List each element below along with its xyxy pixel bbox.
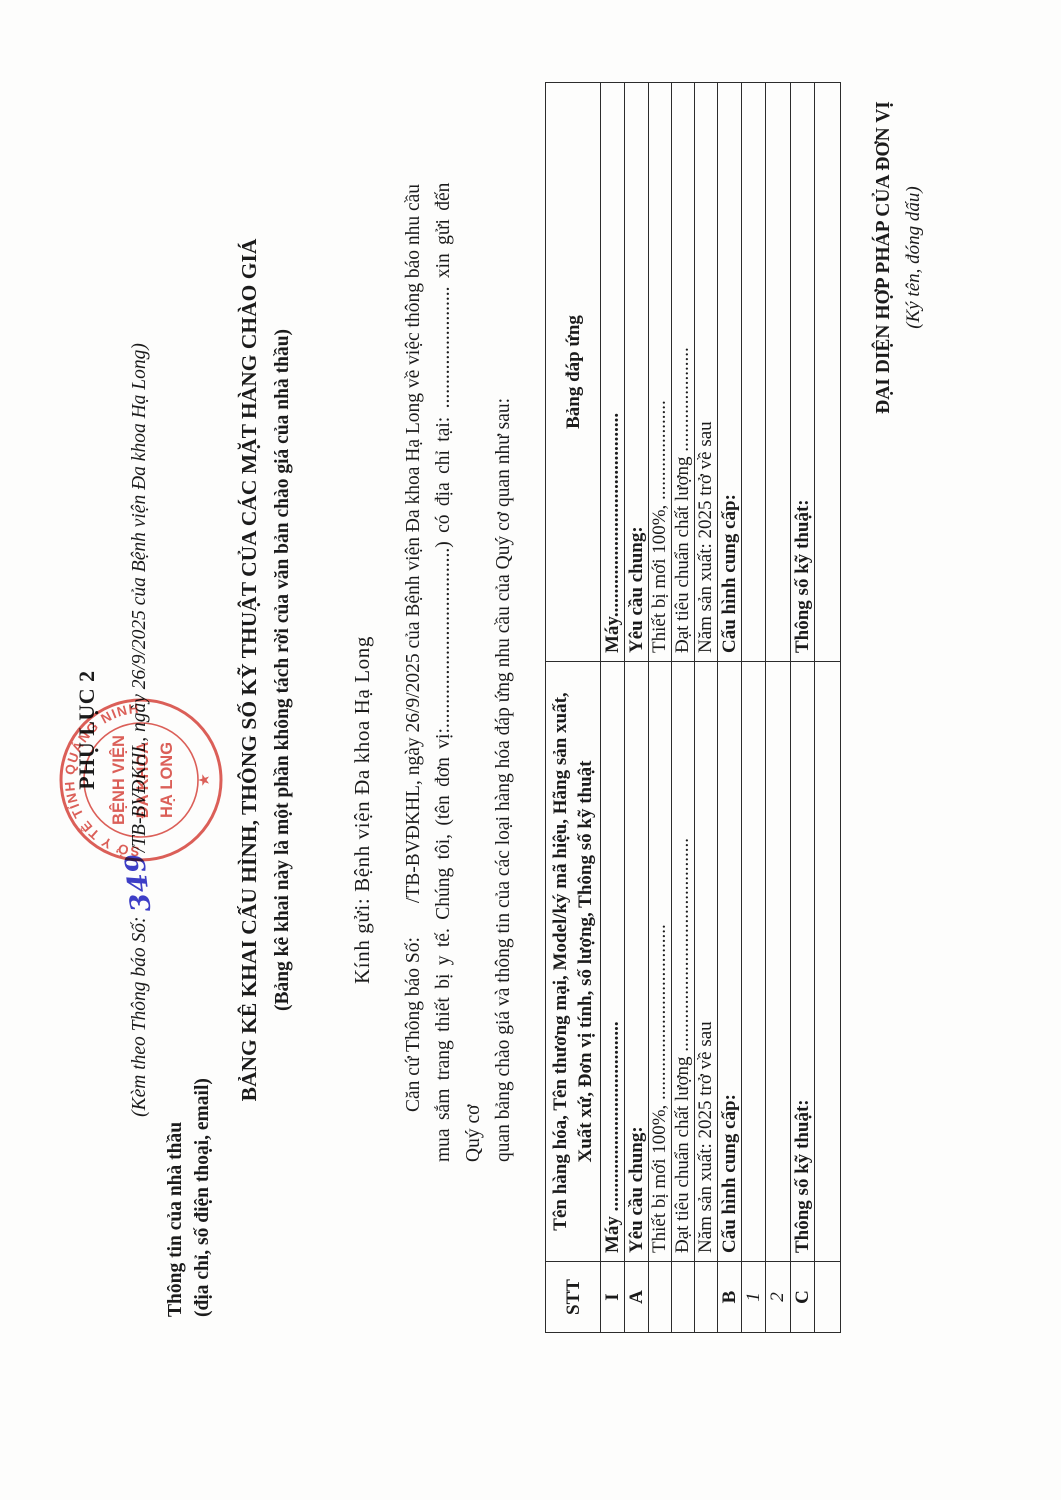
document-page: PHỤ LỤC 2 (Kèm theo Thông báo Số: 349/TB… [0, 0, 1061, 1500]
stt-cell: 2 [766, 1262, 791, 1333]
signature-note: (Ký tên, đóng dấu) [903, 90, 925, 425]
stt-cell: C [791, 1262, 815, 1333]
signature-title: ĐẠI DIỆN HỢP PHÁP CỦA ĐƠN VỊ [873, 90, 895, 425]
paragraph-line-1: Căn cứ Thông báo Số:/TB-BVĐKHL, ngày 26/… [399, 92, 429, 1162]
table-row: BCấu hình cung cấp:Cấu hình cung cấp: [718, 83, 742, 1333]
stt-cell: B [718, 1262, 742, 1333]
table-row: Đạt tiêu chuẩn chất lượng ..............… [672, 83, 695, 1333]
stt-cell [672, 1262, 695, 1333]
item-cell: Máy ....................................… [601, 662, 625, 1262]
table-row: AYêu cầu chung:Yêu cầu chung: [625, 83, 649, 1333]
item-cell [742, 662, 766, 1262]
signature-block: ĐẠI DIỆN HỢP PHÁP CỦA ĐƠN VỊ (Ký tên, đó… [873, 90, 925, 425]
stamp-graphic: SỞ Y TẾ TỈNH QUẢNG NINH ★ BỆNH VIỆN ĐA K… [57, 696, 225, 864]
paragraph-line-2: mua sắm trang thiết bị y tế. Chúng tôi, … [429, 92, 459, 1162]
table-row [815, 83, 841, 1333]
col-header-item: Tên hàng hóa, Tên thương mại, Model/ký m… [546, 662, 601, 1262]
bidder-info-line1: Thông tin của nhà thầu [162, 1078, 189, 1317]
col-header-stt: STT [546, 1262, 601, 1333]
stamp-star-icon: ★ [197, 773, 213, 786]
col-header-response: Bảng đáp ứng [546, 83, 601, 662]
paragraph-line-4: quan bảng chào giá và thông tin của các … [489, 92, 519, 1162]
bidder-info-block: Thông tin của nhà thầu (địa chỉ, số điện… [162, 1078, 216, 1317]
scanned-document-view: PHỤ LỤC 2 (Kèm theo Thông báo Số: 349/TB… [0, 0, 1061, 1500]
subtitle-prefix: (Kèm theo Thông báo Số: [129, 916, 150, 1116]
item-cell: Thiết bị mới 100%, .....................… [649, 662, 672, 1262]
response-cell: Thông số kỹ thuật: [791, 83, 815, 662]
response-cell: Máy.....................................… [601, 83, 625, 662]
document-title-note: (Bảng kê khai này là một phần không tách… [272, 10, 294, 1330]
item-cell: Yêu cầu chung: [625, 662, 649, 1262]
table-row: IMáy ...................................… [601, 83, 625, 1333]
bidder-info-line2: (địa chỉ, số điện thoại, email) [189, 1078, 216, 1317]
stamp-center-line2: ĐA KHOA [134, 742, 152, 818]
response-cell: Yêu cầu chung: [625, 83, 649, 662]
item-cell: Thông số kỹ thuật: [791, 662, 815, 1262]
item-cell: Năm sản xuất: 2025 trở về sau [695, 662, 718, 1262]
spec-declaration-table: STT Tên hàng hóa, Tên thương mại, Model/… [545, 82, 841, 1333]
hospital-round-stamp: SỞ Y TẾ TỈNH QUẢNG NINH ★ BỆNH VIỆN ĐA K… [57, 696, 225, 864]
response-cell [815, 83, 841, 662]
response-cell [742, 83, 766, 662]
response-cell: Cấu hình cung cấp: [718, 83, 742, 662]
salutation-line: Kính gửi: Bệnh viện Đa khoa Hạ Long [350, 120, 375, 1500]
item-cell: Cấu hình cung cấp: [718, 662, 742, 1262]
response-cell: Thiết bị mới 100%, ..................... [649, 83, 672, 662]
stamp-center-line1: BỆNH VIỆN [109, 735, 128, 825]
table-row: Năm sản xuất: 2025 trở về sauNăm sản xuấ… [695, 83, 718, 1333]
table-row: Thiết bị mới 100%, .....................… [649, 83, 672, 1333]
paragraph-line-1-lead: Căn cứ Thông báo Số: [403, 937, 424, 1112]
stt-cell: 1 [742, 1262, 766, 1333]
table-header-row: STT Tên hàng hóa, Tên thương mại, Model/… [546, 83, 601, 1333]
item-cell [766, 662, 791, 1262]
response-cell [766, 83, 791, 662]
stt-cell: I [601, 1262, 625, 1333]
opening-paragraph: Căn cứ Thông báo Số:/TB-BVĐKHL, ngày 26/… [399, 92, 519, 1162]
response-cell: Năm sản xuất: 2025 trở về sau [695, 83, 718, 662]
table-row: CThông số kỹ thuật:Thông số kỹ thuật: [791, 83, 815, 1333]
stt-cell: A [625, 1262, 649, 1333]
paragraph-line-1-rest: /TB-BVĐKHL, ngày 26/9/2025 của Bệnh viện… [403, 184, 424, 903]
table-row: 1 [742, 83, 766, 1333]
stt-cell [695, 1262, 718, 1333]
item-cell: Đạt tiêu chuẩn chất lượng ..............… [672, 662, 695, 1262]
paragraph-line-3: Quý cơ [459, 92, 489, 1162]
item-cell [815, 662, 841, 1262]
document-title: BẢNG KÊ KHAI CẤU HÌNH, THÔNG SỐ KỸ THUẬT… [237, 10, 262, 1330]
response-cell: Đạt tiêu chuẩn chất lượng ..............… [672, 83, 695, 662]
stt-cell [649, 1262, 672, 1333]
table-row: 2 [766, 83, 791, 1333]
stamp-center-line3: HẠ LONG [158, 742, 176, 818]
stt-cell [815, 1262, 841, 1333]
